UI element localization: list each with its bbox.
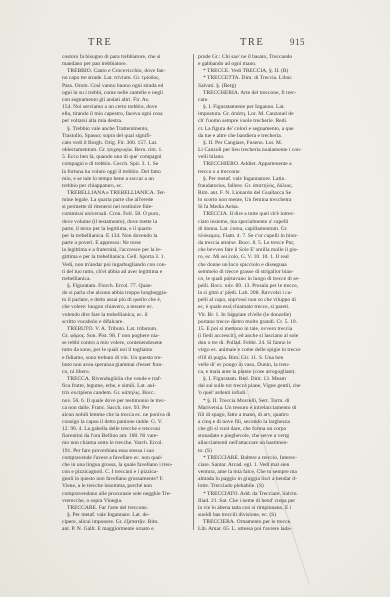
text-line: §. Per metaf. vale Ingannare. Lat. de- [62, 512, 190, 519]
text-line: ca non dalle. Franc. Sacch. nov. 93. Per [62, 405, 190, 412]
text-line: nov. 56. 6. Il quale dove per testimonio… [62, 398, 190, 405]
text-line: gnoli in questo non favellano grossament… [62, 476, 190, 483]
text-line: vrerecche, o sopra Vinegia. [62, 498, 190, 505]
text-line: lo scorto non mente, Un femina trecchetr… [198, 197, 330, 204]
text-line: compagni e di trebbio. Cecch. Spir. 3. 1… [62, 161, 190, 168]
text-line: compravende l'avere a favellare ec. non … [62, 455, 190, 462]
text-line: 15. E poi si mettono in tale, ovvero tre… [198, 326, 330, 333]
text-line: dun o tre di. Pollad. Febbr. 24. Si fann… [198, 340, 330, 347]
text-line: da treccia attorse. Bocc. 8. 5. Le trecc… [198, 240, 330, 247]
text-line: Vedi, non m'andar poi ingarbugliando con… [62, 262, 190, 269]
text-line: pelli al capo, sopr'essi non so che vilu… [198, 297, 330, 304]
text-line: 154. Noi serviamo a un certo trebbio, do… [62, 104, 190, 111]
text-line: che gli si vuol dare, che forma un corpo [198, 426, 330, 433]
text-line: Li Canzoli per lieu trecheria noalamente… [198, 147, 330, 154]
text-line: costoro fa bisogno di para trebbiatore, … [62, 54, 190, 61]
text-line: commissi universali. Cron. Fell. 58. O p… [62, 211, 190, 218]
text-line: per la trebellianica. E 134. Non dovendo… [62, 233, 190, 240]
text-line: con e pizzicagnoli. C. I treccani e i pi… [62, 469, 190, 476]
text-line: Gr. φόρος. Son. Pist. 98. I' non poghere… [62, 333, 190, 340]
text-line: dal sul sulle tor trecce piane, Vigne ge… [198, 383, 330, 390]
text-line: se rebbi contro a mio volere, contenendo… [62, 340, 190, 347]
text-line: to. (S) [198, 448, 330, 455]
text-line: ciato insieme, ma specialmente a' capell… [198, 219, 330, 226]
text-line: mio, e se tale lo tempo bene a seccar a … [62, 176, 190, 183]
running-head: TRE TRE 915 [0, 37, 390, 51]
text-line: mo non chiama sotto le trecche. Varch. E… [62, 440, 190, 447]
text-line: consigo la capsu il detto panione radde.… [62, 419, 190, 426]
text-line: co, ni libero. [62, 369, 190, 376]
text-line: di donna. Lat. coma, capillamentum. Gr. [198, 226, 330, 233]
text-line: la vie lo abena tada con si rimpinnano, … [198, 505, 330, 512]
text-line: fiorentini da l'ora Bellino ant. 180. Ni… [62, 433, 190, 440]
text-line: TREBUTO. V. A. Tributo. Lat. tributum. [62, 326, 190, 333]
text-line: Iliad. 21. Sat. Che i neme di bend' crep… [198, 498, 330, 505]
text-line: dove volume (il testamento), dove mette … [62, 219, 190, 226]
text-line: ti del tuo tutto, ch'el abbia ad aver le… [62, 269, 190, 276]
text-line: gittima e per la trebellianica. Gell. Sp… [62, 254, 190, 261]
text-line: suoldi bas treccili divisione, ec. (S) [198, 512, 330, 519]
text-line: 12. 96. 4. La gabella delle trecche e tr… [62, 426, 190, 433]
text-line: TRECCA. Rivenduglióla che vende e traf- [62, 376, 190, 383]
text-line: la fortuna ha voluto oggi il trebbio. De… [62, 169, 190, 176]
text-line: Si fa Media Aelsa. [198, 204, 330, 211]
text-line: e fidiamo, sono trebuto di vin. Un quest… [62, 355, 190, 362]
text-line: §. I. Figuratam. Red. Ditir. 13. Meam [198, 376, 330, 383]
text-line: cato vedi il Borgh. Orig. Fir. 300. 157.… [62, 140, 190, 147]
text-line: mine legale. La quarta parte che all'ere… [62, 197, 190, 204]
text-line: ca, e mala ante la piante (cose arrogogl… [198, 369, 330, 376]
text-line: ciare. Santar. Arcad. egl. 1. Vedi mal s… [198, 462, 330, 469]
text-line: allacciamenti nell'attaccare un bastimen… [198, 440, 330, 447]
text-line: semmelo di trecce grasse di strigallor b… [198, 269, 330, 276]
text-line: lotte. Trecciado plebabile. (S) [198, 483, 330, 490]
text-line: trebbio per chiappaturo, ec. [62, 183, 190, 190]
text-line: co, le quali portavano in luogo di trecc… [198, 276, 330, 283]
text-line: TREBELLIANA e TREBELLIANICA. Ter- [62, 190, 190, 197]
text-line: virgo ec. animaie e come delle spigie in… [198, 347, 330, 354]
text-line: Mariversia. Un tessuto e intrelacciament… [198, 405, 330, 412]
text-line: che bevven fare il Sole E' smilla molle … [198, 247, 330, 254]
page-number: 915 [290, 37, 305, 47]
text-line: almada lu paggio in giuggia lisci a bend… [198, 476, 330, 483]
text-line: TRECCHERIA. Arte del treccone, Il trec- [198, 90, 330, 97]
text-line: TRECCARE. Far l'arte del treccone. [62, 505, 190, 512]
left-column: costoro fa bisogno di para trebbiatore, … [62, 54, 190, 533]
text-line: * §. II. Treccia Morcelli, Sert. Torm. d… [198, 398, 330, 405]
text-line: TREBBIO. Canto e Crocevicchio, dove fan- [62, 68, 190, 75]
text-line: parte, il terzo per la legittima, e il q… [62, 226, 190, 233]
text-line: (i fiedi accrescit), ed anche si lascian… [198, 333, 330, 340]
text-line: TRECCIERA. Ornamento per le trecce. [198, 519, 330, 526]
text-line: §. Figuratam. Fiorch. Ercol. 77. Quan- [62, 283, 190, 290]
text-line: portano trecce dietro molto grandi. Cr. … [198, 319, 330, 326]
text-line: oblectamentum. Gr. ψυχαγωγία. Bern. rim.… [62, 147, 190, 154]
text-line: do si parla che alcuno abbia troppo lung… [62, 290, 190, 297]
text-line: cipere, alicui imponere. Gr. ἐξαπατᾷν. R… [62, 519, 190, 526]
text-line: con segnamento gli andati altri. Fir. As… [62, 97, 190, 104]
text-line: parte a poveri. E appresso: Ne torse [62, 240, 190, 247]
right-column: prode Gr.: Chi sao' ne il basato, Trecca… [198, 54, 330, 533]
text-line: Vit. Br. 1. In Sappiate ch'elle (le donz… [198, 312, 330, 319]
text-line: fica frutte, legume, erbe, e simili. Lat… [62, 383, 190, 390]
text-line: impostura. Gr. ἀπάτη. Lor. M. Canzonel d… [198, 111, 330, 118]
text-line: §. II. Per Cangiare, Fuseno. Lor. M. [198, 140, 330, 147]
text-line: trecca o a treccone. [198, 169, 330, 176]
text-line: che donne un loco spicciolo e disseguaa [198, 262, 330, 269]
text-line: Rim. ant. F. N. Lionardo del Guallacca S… [198, 190, 330, 197]
text-line: compravendano alle procurasie sole neggh… [62, 491, 190, 498]
text-line: to il parlare, e detto assai più di quel… [62, 297, 190, 304]
text-line: velle di' ec pongo in vaso, Dunin, la tr… [198, 362, 330, 369]
text-line: 'n quel' ardenti infudi. [198, 390, 330, 397]
text-line: la legittima e a fraternità, l'accresce … [62, 247, 190, 254]
text-line: si permette di ritenersi nel restituire … [62, 204, 190, 211]
text-line: * TRECCIATO. Add. da Trecciare. Salvin. [198, 491, 330, 498]
text-line: * TRECCE. Vedi TRECCIA, §. II. (B) [198, 68, 330, 75]
text-line: * TRECCIARE. Baltere a treccio, Interec- [198, 455, 330, 462]
text-line: volendo dire fare la trebellianica, ec. … [62, 312, 190, 319]
text-line: d'ill di pugia. Bim. Gir. 11. S. Una ben [198, 355, 330, 362]
text-line: mandano per pan trebbiatore. [62, 61, 190, 68]
text-line: ventura, ame la mia falce, Che tu sempre… [198, 469, 330, 476]
text-line: §. Trebbio vale anche Trattenimento, [62, 126, 190, 133]
text-line: Viene, a le trecche insomma, perché non [62, 483, 190, 490]
text-line: prode Gr.: Chi sao' ne il basato, Trecca… [198, 54, 330, 61]
text-line: Lib. Amar. 65. L. uttessa poi t'avrere l… [198, 526, 330, 533]
text-line: per voltarsi alla mia destra. [62, 118, 190, 125]
running-head-right: TRE [240, 37, 264, 48]
text-line: che volere: lungon chiavero, a tessere e… [62, 304, 190, 311]
text-line: §. Per metaf. vale Ingannatore. Latin. [198, 176, 330, 183]
text-line: alcun nobili lemme che la trecca ec. ne … [62, 412, 190, 419]
text-line: no capo tre strade. Lat. trivium. Gr. τρ… [62, 75, 190, 82]
text-line: 5. Ecco ben là, quando uno di que' compa… [62, 154, 190, 161]
text-line: * TRECCETTA. Dim. di Treccia. Libur. [198, 75, 330, 82]
text-line: care. [198, 97, 330, 104]
text-line: Salvati. §. (Berg) [198, 83, 330, 90]
text-line: che in una lingua grossa, la quale favel… [62, 462, 190, 469]
text-line: TRECCHIERO. Addiet. Appartenente a [198, 161, 330, 168]
text-line: stunadato e pieghevole, che serve a vert… [198, 433, 330, 440]
text-line: e gabbando ad ogni mano. [198, 61, 330, 68]
text-line: da tue e altre che bandiera e trecheria. [198, 133, 330, 140]
text-line: Trastullo, Spasso; sopra del qual signif… [62, 133, 190, 140]
text-line: ch' l'uomo sempre vuole trecherie. Redi. [198, 118, 330, 125]
text-line: trix excipiens candem. Gr. κάπηλις. Bocc… [62, 390, 190, 397]
text-line: cr. La figura de' colori e segnamento, a… [198, 126, 330, 133]
text-line: fraudatorius, fallere. Gr. ἀπατηλός, δόλ… [198, 183, 330, 190]
text-line: velli bilano. [198, 154, 330, 161]
text-line: trebellianica. [62, 276, 190, 283]
scanned-page: TRE TRE 915 costoro fa bisogno di para t… [0, 0, 390, 597]
text-line: ec, è quale essi chiamato trecce, si par… [198, 304, 330, 311]
text-line: Pass. Orom. Così vanno buono ogni strada… [62, 83, 190, 90]
text-line: 191. Per fare proverbiata essa stessa i … [62, 448, 190, 455]
text-line: TRECCIA. Il dire a tutte quel ch'è intre… [198, 211, 330, 218]
text-line: tutto da sono, per le quali noi il togli… [62, 347, 190, 354]
text-line: ro, ec. Mi sei colo, G. V. 10. 10. 1. Il… [198, 254, 330, 261]
text-line: la si gittò a' piedi. Lab. 208. Ravvolsi… [198, 290, 330, 297]
column-divider [193, 54, 194, 530]
text-line: ogni in su i trebbi, come nelle cantelle… [62, 90, 190, 97]
text-line: buto non avea speranza giammai d'esser f… [62, 362, 190, 369]
text-line: πλόκαμος. Fiam. 4. 7. Se c'or capelli in… [198, 233, 330, 240]
text-line: a cinq e di nove fili, secondo la larghe… [198, 419, 330, 426]
text-line: fili di spago, fatto a mano, di arv, qua… [198, 412, 330, 419]
text-line: pelli. Bocc. nov. 89. 13. Presala per le… [198, 283, 330, 290]
text-line: §. I. Figuratamente per Inganno. Lat. [198, 104, 330, 111]
text-line: ella, tirando il mio capestro, faceva og… [62, 111, 190, 118]
text-line: scritto vocabolo e difalcare. [62, 319, 190, 326]
running-head-left: TRE [88, 37, 112, 48]
text-line: ant. P. N. Gallt. E maggiormente ornato … [62, 526, 190, 533]
